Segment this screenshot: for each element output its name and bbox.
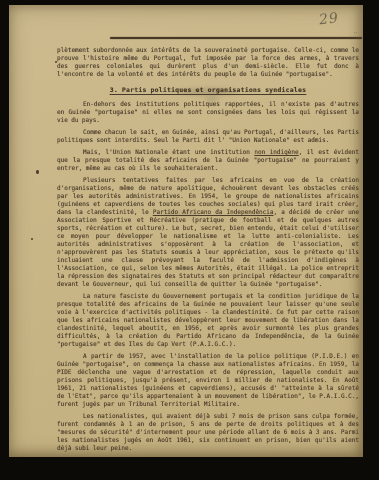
paragraph: Plusieurs tentatives faites par les afri… [57, 177, 359, 289]
paragraph: A partir de 1957, avec l'installation de… [57, 353, 359, 409]
text-segment: A partir de 1957, avec l'installation de… [57, 353, 359, 408]
paragraph: Mais, l'Union Nationale étant une instit… [57, 149, 359, 173]
paragraph: En-dehors des institutions politiques ra… [57, 101, 359, 125]
text-segment: , a décidé de créer une Association Spor… [57, 209, 359, 288]
underlined-text: non indigène [254, 149, 298, 156]
ink-speck [36, 170, 39, 174]
paragraph: Les nationalistes, qui avaient déjà subi… [57, 413, 359, 453]
text-segment: La nature fasciste du Gouvernement portu… [57, 293, 359, 348]
text-segment: En-dehors des institutions politiques ra… [57, 101, 359, 124]
document-page: 29 .. plètement subordonnée aux intérêts… [9, 5, 363, 457]
paragraph: plètement subordonnée aux intérêts de la… [57, 47, 359, 79]
top-rule-line [110, 37, 362, 39]
document-text-block: plètement subordonnée aux intérêts de la… [57, 47, 359, 457]
text-segment: Les nationalistes, qui avaient déjà subi… [57, 413, 359, 452]
text-segment: Mais, l'Union Nationale étant une instit… [83, 149, 254, 156]
handwritten-tick-mark: .. [352, 27, 358, 36]
underlined-text: Partido Africano da Independência [153, 209, 274, 216]
handwritten-page-number: 29 [318, 8, 360, 29]
body-paragraphs: En-dehors des institutions politiques ra… [57, 101, 359, 453]
text-segment: plètement subordonnée aux intérêts de la… [57, 47, 359, 78]
ink-speck [31, 238, 33, 240]
intro-paragraphs: plètement subordonnée aux intérêts de la… [57, 47, 359, 79]
text-segment: Comme chacun le sait, en Guinée, ainsi q… [57, 129, 359, 144]
paragraph: La nature fasciste du Gouvernement portu… [57, 293, 359, 349]
paragraph: Comme chacun le sait, en Guinée, ainsi q… [57, 129, 359, 145]
section-heading: 3. Partis politiques et organisations sy… [57, 86, 359, 94]
scanned-document: 29 .. plètement subordonnée aux intérêts… [0, 0, 379, 480]
